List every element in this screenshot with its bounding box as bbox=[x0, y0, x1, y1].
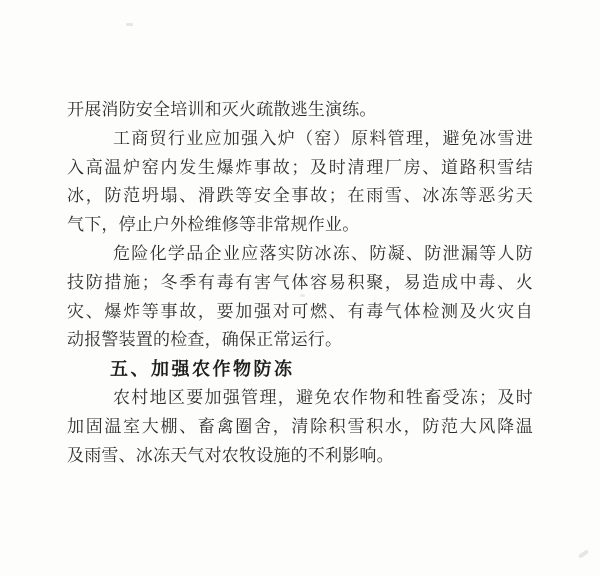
text-line-8: 灾、爆炸等事故，要加强对可燃、有毒气体检测及火灾自 bbox=[67, 298, 533, 327]
text-line-2: 工商贸行业应加强入炉（窑）原料管理，避免冰雪进 bbox=[67, 125, 533, 154]
scanned-document-page: 开展消防安全培训和灭火疏散逃生演练。 工商贸行业应加强入炉（窑）原料管理，避免冰… bbox=[0, 0, 600, 576]
text-line-12: 加固温室大棚、畜禽圈舍，清除积雪积水，防范大风降温 bbox=[67, 413, 533, 442]
text-line-13: 及雨雪、冰冻天气对农牧设施的不利影响。 bbox=[67, 442, 533, 471]
text-line-11: 农村地区要加强管理，避免农作物和牲畜受冻；及时 bbox=[67, 384, 533, 413]
scan-speck bbox=[578, 549, 589, 559]
scan-speck bbox=[300, 294, 305, 297]
document-text-block: 开展消防安全培训和灭火疏散逃生演练。 工商贸行业应加强入炉（窑）原料管理，避免冰… bbox=[67, 96, 533, 470]
text-line-1: 开展消防安全培训和灭火疏散逃生演练。 bbox=[67, 96, 533, 125]
text-line-3: 入高温炉窑内发生爆炸事故；及时清理厂房、道路积雪结 bbox=[67, 154, 533, 183]
text-line-6: 危险化学品企业应落实防冰冻、防凝、防泄漏等人防 bbox=[67, 240, 533, 269]
text-line-9: 动报警装置的检查，确保正常运行。 bbox=[67, 326, 533, 355]
scan-speck bbox=[126, 23, 133, 26]
text-line-4: 冰，防范坍塌、滑跌等安全事故；在雨雪、冰冻等恶劣天 bbox=[67, 182, 533, 211]
section-heading: 五、加强农作物防冻 bbox=[67, 355, 533, 384]
text-line-5: 气下，停止户外检维修等非常规作业。 bbox=[67, 211, 533, 240]
scan-speck bbox=[334, 252, 337, 255]
